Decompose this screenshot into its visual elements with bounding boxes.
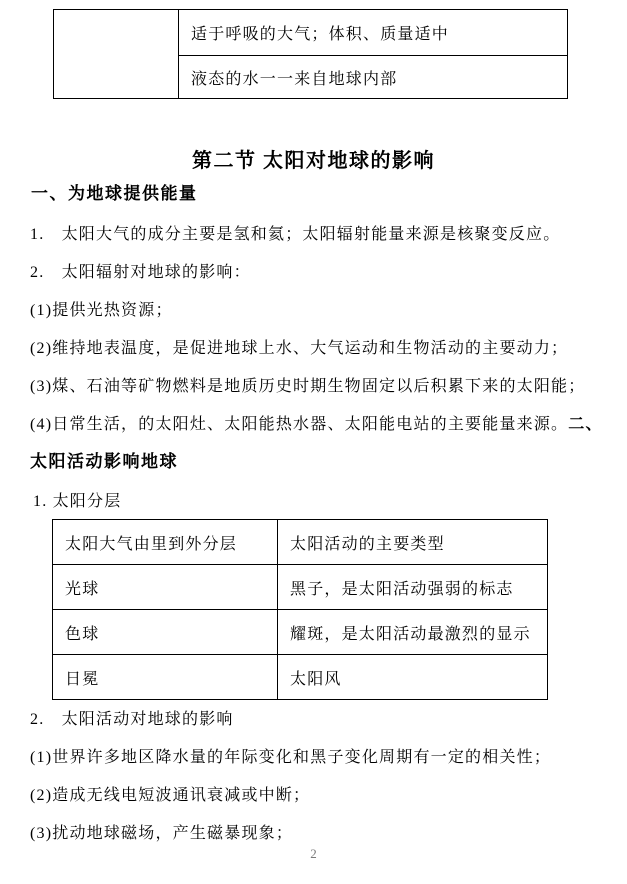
habitability-table-cell-atmosphere: 适于呼吸的大气；体积、质量适中	[179, 10, 568, 56]
habitability-table-left-cell	[54, 10, 179, 99]
section-one-heading: 一、为地球提供能量	[31, 183, 198, 205]
document-page: 适于呼吸的大气；体积、质量适中 液态的水一一来自地球内部 第二节 太阳对地球的影…	[0, 0, 627, 884]
paragraph-effect-1: (1)提供光热资源；	[30, 300, 173, 322]
paragraph-effect-2: (2)维持地表温度，是促进地球上水、大气运动和生物活动的主要动力；	[30, 338, 568, 360]
table-row: 日冕 太阳风	[53, 655, 548, 700]
sun-table-cell-solar-wind: 太阳风	[278, 655, 548, 700]
habitability-table: 适于呼吸的大气；体积、质量适中 液态的水一一来自地球内部	[53, 9, 568, 99]
paragraph-effect-4-text: (4)日常生活，的太阳灶、太阳能热水器、太阳能电站的主要能量来源。	[30, 416, 568, 433]
sun-table-cell-chromosphere: 色球	[53, 610, 278, 655]
table-row: 适于呼吸的大气；体积、质量适中	[54, 10, 568, 56]
sun-table-cell-photosphere: 光球	[53, 565, 278, 610]
sun-table-cell-corona: 日冕	[53, 655, 278, 700]
paragraph-effect-3: (3)煤、石油等矿物燃料是地质历史时期生物固定以后积累下来的太阳能；	[30, 376, 585, 398]
habitability-table-cell-water: 液态的水一一来自地球内部	[179, 56, 568, 99]
paragraph-radiation-effects-intro: 2. 太阳辐射对地球的影响：	[30, 262, 251, 284]
section-two-heading: 太阳活动影响地球	[30, 451, 178, 473]
sun-table-cell-sunspot: 黑子，是太阳活动强弱的标志	[278, 565, 548, 610]
table-row: 光球 黑子，是太阳活动强弱的标志	[53, 565, 548, 610]
paragraph-activity-effect-2: (2)造成无线电短波通讯衰减或中断；	[30, 785, 310, 807]
page-number: 2	[0, 846, 627, 862]
table-row: 色球 耀斑，是太阳活动最激烈的显示	[53, 610, 548, 655]
sun-table-header-activity: 太阳活动的主要类型	[278, 520, 548, 565]
paragraph-effect-4: (4)日常生活，的太阳灶、太阳能热水器、太阳能电站的主要能量来源。二、	[30, 414, 603, 436]
subheading-sun-layers: 1. 太阳分层	[33, 491, 121, 513]
sun-table-header-layer: 太阳大气由里到外分层	[53, 520, 278, 565]
subheading-activity-effects: 2. 太阳活动对地球的影响	[30, 709, 234, 731]
page-title: 第二节 太阳对地球的影响	[0, 144, 627, 173]
table-header-row: 太阳大气由里到外分层 太阳活动的主要类型	[53, 520, 548, 565]
sun-layers-table: 太阳大气由里到外分层 太阳活动的主要类型 光球 黑子，是太阳活动强弱的标志 色球…	[52, 519, 548, 700]
section-two-heading-fragment: 二、	[568, 416, 602, 433]
paragraph-sun-composition: 1. 太阳大气的成分主要是氢和氦；太阳辐射能量来源是核聚变反应。	[30, 224, 560, 246]
sun-table-cell-flare: 耀斑，是太阳活动最激烈的显示	[278, 610, 548, 655]
paragraph-activity-effect-3: (3)扰动地球磁场，产生磁暴现象；	[30, 823, 293, 845]
paragraph-activity-effect-1: (1)世界许多地区降水量的年际变化和黑子变化周期有一定的相关性；	[30, 747, 551, 769]
